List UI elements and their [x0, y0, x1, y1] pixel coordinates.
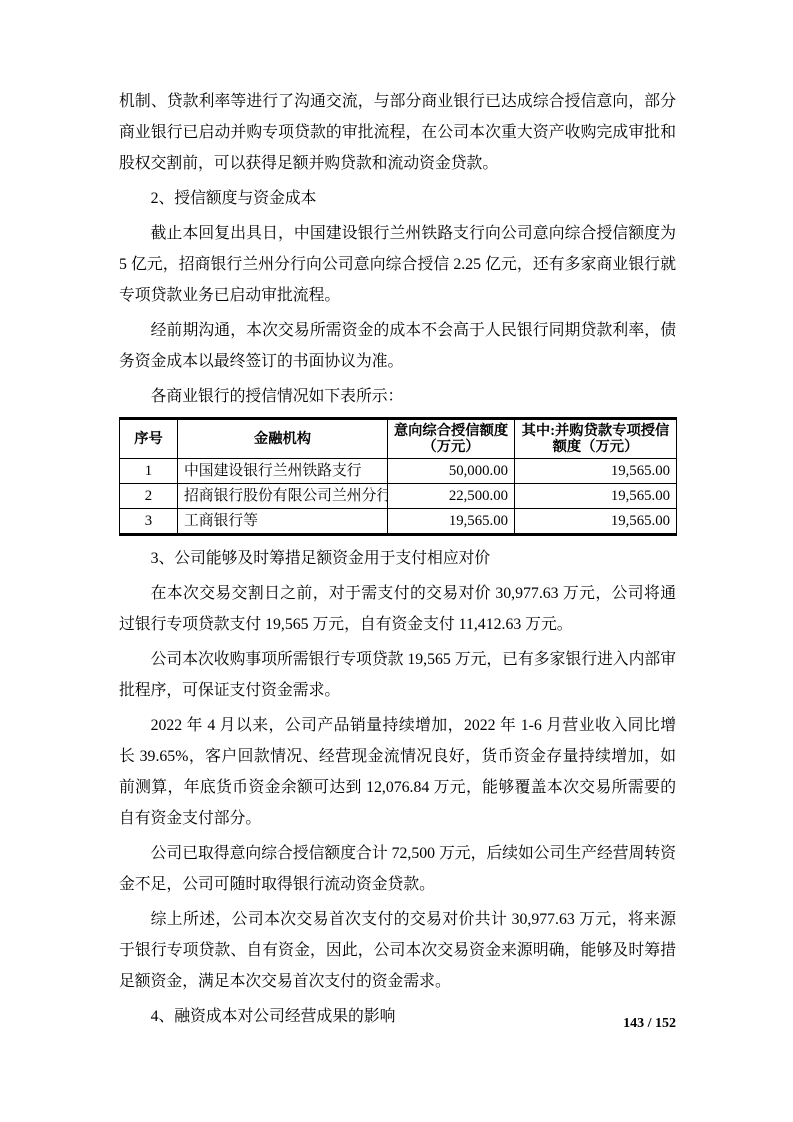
ma-loan-amount-cell: 19,565.00 [515, 509, 677, 535]
bank-credit-table: 序号 金融机构 意向综合授信额度（万元） 其中:并购贷款专项授信额度（万元） 1… [119, 417, 677, 536]
serial-cell: 2 [120, 484, 178, 509]
table-header-row: 序号 金融机构 意向综合授信额度（万元） 其中:并购贷款专项授信额度（万元） [120, 419, 677, 459]
credit-amount-cell: 19,565.00 [388, 509, 515, 535]
paragraph: 2022 年 4 月以来，公司产品销量持续增加，2022 年 1-6 月营业收入… [119, 710, 676, 834]
paragraph: 在本次交易交割日之前，对于需支付的交易对价 30,977.63 万元，公司将通过… [119, 578, 676, 640]
ma-loan-amount-cell: 19,565.00 [515, 484, 677, 509]
column-header-ma-loan-amount: 其中:并购贷款专项授信额度（万元） [515, 419, 677, 459]
table-lead-in: 各商业银行的授信情况如下表所示： [119, 381, 676, 412]
column-header-credit-amount: 意向综合授信额度（万元） [388, 419, 515, 459]
credit-amount-cell: 22,500.00 [388, 484, 515, 509]
table-row: 3 工商银行等 19,565.00 19,565.00 [120, 509, 677, 535]
document-body: 机制、贷款利率等进行了沟通交流，与部分商业银行已达成综合授信意向，部分商业银行已… [119, 86, 676, 1036]
paragraph: 机制、贷款利率等进行了沟通交流，与部分商业银行已达成综合授信意向，部分商业银行已… [119, 86, 676, 179]
document-page: 机制、贷款利率等进行了沟通交流，与部分商业银行已达成综合授信意向，部分商业银行已… [0, 0, 793, 1122]
page-number: 143 / 152 [623, 1016, 676, 1032]
paragraph: 综上所述，公司本次交易首次支付的交易对价共计 30,977.63 万元，将来源于… [119, 904, 676, 997]
table-row: 1 中国建设银行兰州铁路支行 50,000.00 19,565.00 [120, 459, 677, 484]
section-heading-4: 4、融资成本对公司经营成果的影响 [119, 1001, 676, 1032]
institution-cell: 中国建设银行兰州铁路支行 [178, 459, 388, 484]
institution-cell: 工商银行等 [178, 509, 388, 535]
serial-cell: 1 [120, 459, 178, 484]
paragraph: 经前期沟通，本次交易所需资金的成本不会高于人民银行同期贷款利率，债务资金成本以最… [119, 315, 676, 377]
paragraph: 公司本次收购事项所需银行专项贷款 19,565 万元，已有多家银行进入内部审批程… [119, 644, 676, 706]
paragraph: 截止本回复出具日，中国建设银行兰州铁路支行向公司意向综合授信额度为 5 亿元，招… [119, 218, 676, 311]
serial-cell: 3 [120, 509, 178, 535]
credit-amount-cell: 50,000.00 [388, 459, 515, 484]
section-heading-2: 2、授信额度与资金成本 [119, 183, 676, 214]
ma-loan-amount-cell: 19,565.00 [515, 459, 677, 484]
section-heading-3: 3、公司能够及时筹措足额资金用于支付相应对价 [119, 543, 676, 574]
column-header-institution: 金融机构 [178, 419, 388, 459]
table-row: 2 招商银行股份有限公司兰州分行 22,500.00 19,565.00 [120, 484, 677, 509]
column-header-serial: 序号 [120, 419, 178, 459]
paragraph: 公司已取得意向综合授信额度合计 72,500 万元，后续如公司生产经营周转资金不… [119, 838, 676, 900]
institution-cell: 招商银行股份有限公司兰州分行 [178, 484, 388, 509]
